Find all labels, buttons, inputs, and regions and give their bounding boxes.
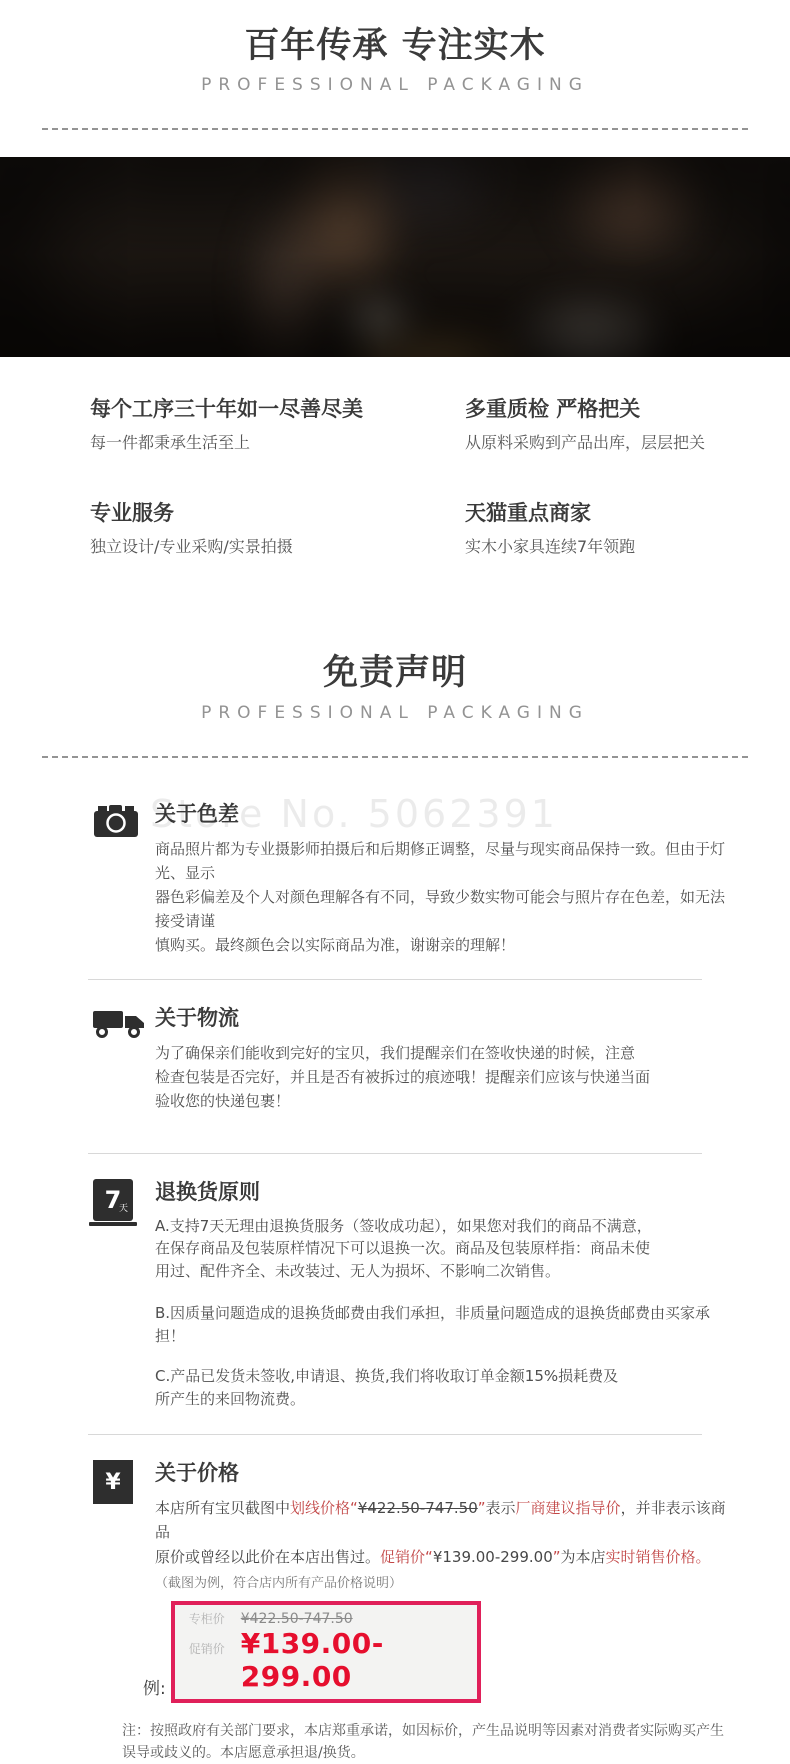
section-price: ¥ 关于价格 本店所有宝贝截图中划线价格“¥422.50-747.50”表示厂商… <box>0 1457 790 1764</box>
section-title: 关于色差 <box>155 798 735 828</box>
return-policy-clause-b: B.因质量问题造成的退换货邮费由我们承担，非质量问题造成的退换货邮费由买家承担！ <box>155 1302 735 1347</box>
section-return-policy: 7 天 退换货原则 A.支持7天无理由退换货服务（签收成功起），如果您对我们的商… <box>0 1176 790 1411</box>
promo-price: ¥139.00-299.00 <box>433 1548 553 1566</box>
return-policy-clause-a: A.支持7天无理由退换货服务（签收成功起），如果您对我们的商品不满意， 在保存商… <box>155 1215 735 1283</box>
page-title: 百年传承 专注实木 <box>0 26 790 66</box>
price-policy-text: 本店所有宝贝截图中划线价格“¥422.50-747.50”表示厂商建议指导价，并… <box>155 1496 735 1569</box>
truck-icon <box>93 1002 155 1113</box>
disclaimer-header: 免责声明 PROFESSIONAL PACKAGING <box>0 557 790 722</box>
calendar-7days-icon: 7 天 <box>93 1176 155 1411</box>
price-text-segment: 厂商建议指导价 <box>516 1499 621 1517</box>
price-text-segment: “ <box>425 1548 433 1566</box>
section-title: 关于价格 <box>155 1457 735 1487</box>
section-title: 退换货原则 <box>155 1176 735 1206</box>
feature-item-craft: 每个工序三十年如一尽善尽美 每一件都秉承生活至上 <box>90 393 465 453</box>
yuan-glyph: ¥ <box>105 1470 120 1495</box>
example-label: 例: <box>143 1674 166 1699</box>
feature-title: 专业服务 <box>90 497 465 527</box>
color-difference-text: 商品照片都为专业摄影师拍摄后和后期修正调整，尽量与现实商品保持一致。但由于灯光、… <box>155 837 735 957</box>
section-divider <box>88 979 702 980</box>
counter-price-value: ¥422.50-747.50 <box>241 1611 353 1627</box>
section-divider <box>88 1434 702 1435</box>
feature-desc: 从原料采购到产品出库，层层把关 <box>465 430 760 453</box>
logistics-text: 为了确保亲们能收到完好的宝贝，我们提醒亲们在签收快递的时候，注意 检查包装是否完… <box>155 1041 735 1113</box>
strikethrough-price: ¥422.50-747.50 <box>358 1499 478 1517</box>
price-note-small: （截图为例，符合店内所有产品价格说明） <box>155 1572 735 1591</box>
counter-price-label: 专柜价 <box>189 1610 241 1627</box>
price-text-segment: 促销价 <box>380 1548 425 1566</box>
feature-item-quality: 多重质检 严格把关 从原料采购到产品出库，层层把关 <box>465 393 760 453</box>
counter-price-row: 专柜价 ¥422.50-747.50 <box>189 1610 477 1627</box>
product-detail-page: 百年传承 专注实木 PROFESSIONAL PACKAGING 每个工序三十年… <box>0 0 790 1764</box>
feature-desc: 每一件都秉承生活至上 <box>90 430 465 453</box>
camera-icon <box>93 798 155 957</box>
price-text-segment: 划线价格 <box>290 1499 350 1517</box>
feature-desc: 独立设计/专业采购/实景拍摄 <box>90 534 465 557</box>
section-color-difference: Store No. 5062391 关于色差 商品照片都为专业摄影师拍摄后和后期… <box>0 798 790 957</box>
feature-item-tmall: 天猫重点商家 实木小家具连续7年领跑 <box>465 497 760 557</box>
dashed-divider-top <box>42 128 748 130</box>
section-title: 关于物流 <box>155 1002 735 1032</box>
section-logistics: 关于物流 为了确保亲们能收到完好的宝贝，我们提醒亲们在签收快递的时候，注意 检查… <box>0 1002 790 1113</box>
icon-base <box>89 1222 137 1226</box>
seven-days-unit: 天 <box>119 1201 128 1214</box>
price-text-segment: ” <box>553 1548 561 1566</box>
price-example: 例: 专柜价 ¥422.50-747.50 促销价 ¥139.00-299.00 <box>143 1601 735 1703</box>
price-text-segment: 本店所有宝贝截图中 <box>155 1499 290 1517</box>
promo-price-label: 促销价 <box>189 1640 241 1657</box>
dashed-divider-disclaimer <box>42 756 748 758</box>
promo-price-value: ¥139.00-299.00 <box>241 1627 477 1693</box>
price-text-segment: 表示 <box>486 1499 516 1517</box>
price-text-segment: “ <box>350 1499 358 1517</box>
price-text-segment: 实时销售价格。 <box>606 1548 711 1566</box>
promo-price-row: 促销价 ¥139.00-299.00 <box>189 1627 477 1693</box>
disclaimer-title: 免责声明 <box>0 653 790 693</box>
feature-title: 多重质检 严格把关 <box>465 393 760 423</box>
price-text-segment: 原价或曾经以此价在本店出售过。 <box>155 1548 380 1566</box>
price-text-segment: ” <box>478 1499 486 1517</box>
features-grid: 每个工序三十年如一尽善尽美 每一件都秉承生活至上 多重质检 严格把关 从原料采购… <box>0 357 790 557</box>
section-divider <box>88 1153 702 1154</box>
price-example-box: 专柜价 ¥422.50-747.50 促销价 ¥139.00-299.00 <box>171 1601 481 1703</box>
return-policy-clause-c: C.产品已发货未签收,申请退、换货,我们将收取订单金额15%损耗费及 所产生的来… <box>155 1365 735 1410</box>
feature-item-service: 专业服务 独立设计/专业采购/实景拍摄 <box>90 497 465 557</box>
price-footnote: 注：按照政府有关部门要求，本店郑重承诺，如因标价，产生品说明等因素对消费者实际购… <box>122 1721 735 1764</box>
price-text-segment: 为本店 <box>561 1548 606 1566</box>
feature-desc: 实木小家具连续7年领跑 <box>465 534 760 557</box>
page-subtitle-en: PROFESSIONAL PACKAGING <box>0 75 790 95</box>
craftsman-photo <box>0 157 790 357</box>
feature-title: 每个工序三十年如一尽善尽美 <box>90 393 465 423</box>
photo-vignette <box>0 157 790 357</box>
disclaimer-subtitle-en: PROFESSIONAL PACKAGING <box>0 703 790 723</box>
feature-title: 天猫重点商家 <box>465 497 760 527</box>
brand-header: 百年传承 专注实木 PROFESSIONAL PACKAGING <box>0 0 790 95</box>
